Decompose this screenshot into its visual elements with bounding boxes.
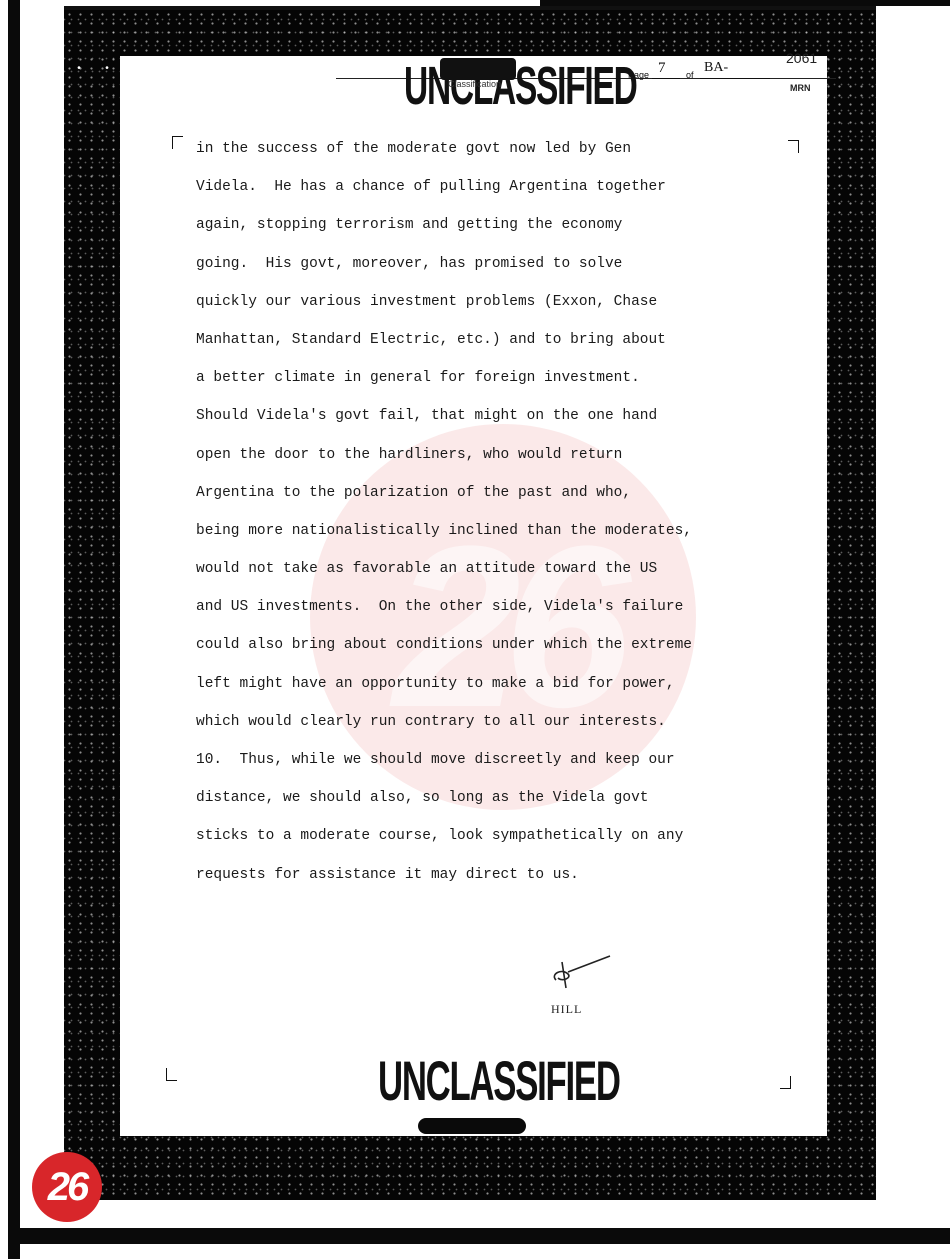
scan-bottom-edge bbox=[8, 1228, 950, 1244]
crop-mark-top-left bbox=[172, 136, 183, 149]
cable-body: in the success of the moderate govt now … bbox=[196, 136, 756, 900]
body-line: and US investments. On the other side, V… bbox=[196, 594, 756, 632]
body-line: Manhattan, Standard Electric, etc.) and … bbox=[196, 327, 756, 365]
message-reference-number: 2061 bbox=[786, 50, 817, 66]
body-line: a better climate in general for foreign … bbox=[196, 365, 756, 403]
classification-stamp-bottom: UNCLASSIFIED bbox=[378, 1050, 620, 1112]
signer-name: HILL bbox=[551, 1002, 582, 1017]
mrn-label: MRN bbox=[790, 83, 811, 93]
body-line: which would clearly run contrary to all … bbox=[196, 709, 756, 747]
redaction-top bbox=[440, 58, 516, 80]
body-line: distance, we should also, so long as the… bbox=[196, 785, 756, 823]
body-line: sticks to a moderate course, look sympat… bbox=[196, 823, 756, 861]
signature-mark bbox=[548, 952, 618, 992]
body-line: 10. Thus, while we should move discreetl… bbox=[196, 747, 756, 785]
document-prefix-underline bbox=[700, 78, 770, 79]
scan-left-edge bbox=[8, 0, 20, 1259]
body-line: Should Videla's govt fail, that might on… bbox=[196, 403, 756, 441]
crop-mark-bottom-left bbox=[166, 1068, 177, 1081]
classification-field-label: Classification bbox=[448, 79, 501, 89]
body-line: left might have an opportunity to make a… bbox=[196, 671, 756, 709]
body-line: being more nationalistically inclined th… bbox=[196, 518, 756, 556]
channel-26-logo: 26 bbox=[32, 1152, 102, 1222]
crop-mark-top-right bbox=[788, 140, 799, 153]
body-line: again, stopping terrorism and getting th… bbox=[196, 212, 756, 250]
body-line: would not take as favorable an attitude … bbox=[196, 556, 756, 594]
body-line: Videla. He has a chance of pulling Argen… bbox=[196, 174, 756, 212]
redaction-bottom bbox=[418, 1118, 526, 1134]
page-label: Page bbox=[628, 70, 649, 80]
body-line: requests for assistance it may direct to… bbox=[196, 862, 756, 900]
body-line: Argentina to the polarization of the pas… bbox=[196, 480, 756, 518]
page-number: 7 bbox=[658, 60, 666, 77]
classification-stamp-top: UNCLASSIFIED bbox=[404, 56, 637, 116]
body-line: going. His govt, moreover, has promised … bbox=[196, 251, 756, 289]
body-line: quickly our various investment problems … bbox=[196, 289, 756, 327]
body-line: open the door to the hardliners, who wou… bbox=[196, 442, 756, 480]
body-line: could also bring about conditions under … bbox=[196, 632, 756, 670]
document-prefix: BA- bbox=[704, 60, 728, 76]
logo-text: 26 bbox=[48, 1165, 87, 1210]
crop-mark-bottom-right bbox=[780, 1076, 791, 1089]
of-label: of bbox=[686, 70, 694, 80]
body-line: in the success of the moderate govt now … bbox=[196, 136, 756, 174]
page-number-underline bbox=[652, 78, 680, 79]
